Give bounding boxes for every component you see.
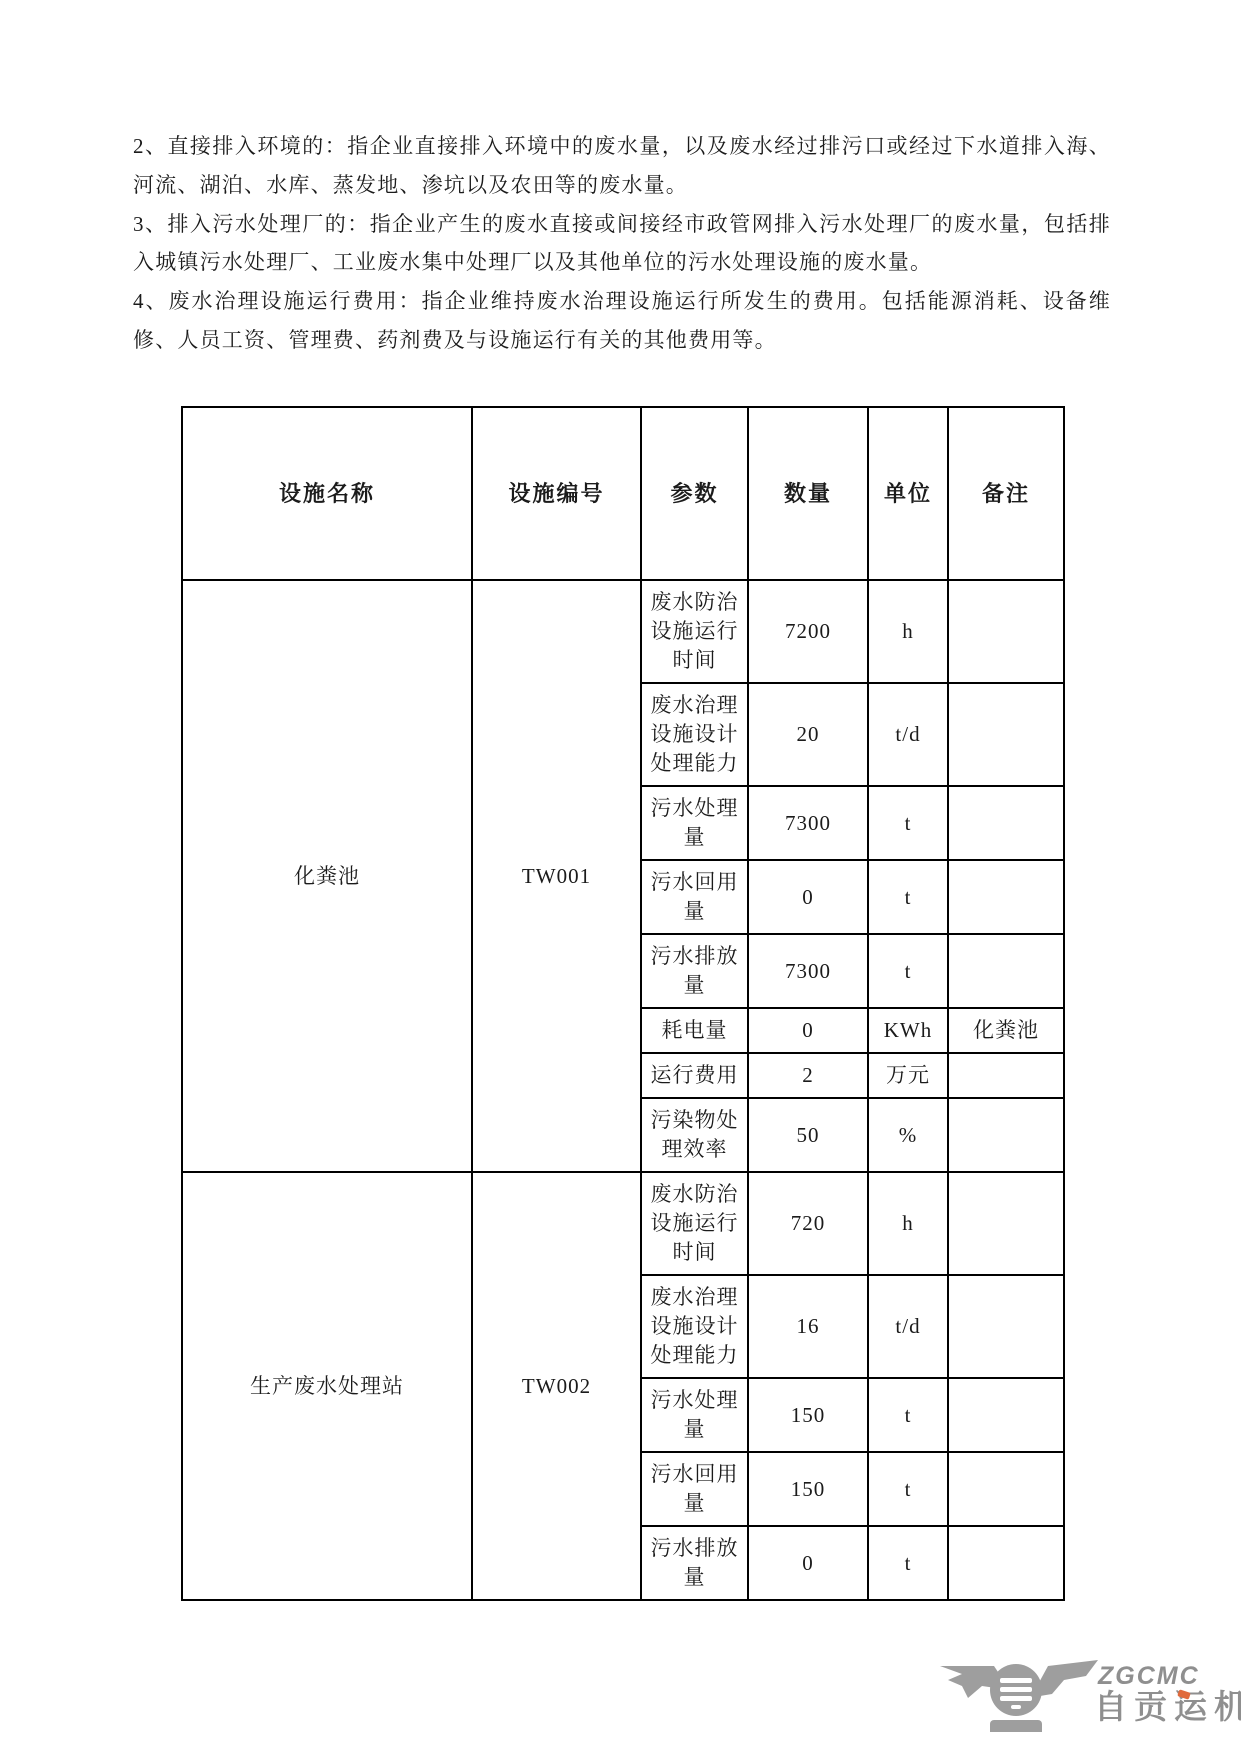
unit-cell: t/d [868,683,948,786]
remark-cell [948,580,1064,683]
table-row: 化粪池TW001废水防治设施运行时间7200h [182,580,1064,683]
param-cell: 污水排放量 [641,1526,748,1600]
column-header-5: 备注 [948,407,1064,580]
company-logo: ZGCMC 自贡运机 [928,1628,1240,1750]
unit-cell: t [868,1378,948,1452]
header-row: 设施名称设施编号参数数量单位备注 [182,407,1064,580]
qty-cell: 20 [748,683,868,786]
qty-cell: 150 [748,1452,868,1526]
qty-cell: 16 [748,1275,868,1378]
remark-cell [948,683,1064,786]
column-header-2: 参数 [641,407,748,580]
remark-cell [948,1172,1064,1275]
param-cell: 污水回用量 [641,860,748,934]
remark-cell [948,934,1064,1008]
facility-table-container: 设施名称设施编号参数数量单位备注 化粪池TW001废水防治设施运行时间7200h… [181,406,1065,1601]
table-row: 生产废水处理站TW002废水防治设施运行时间720h [182,1172,1064,1275]
qty-cell: 7300 [748,934,868,1008]
column-header-4: 单位 [868,407,948,580]
facility-name-1: 生产废水处理站 [182,1172,472,1600]
unit-cell: t [868,1452,948,1526]
paragraph-2: 2、直接排入环境的：指企业直接排入环境中的废水量，以及废水经过排污口或经过下水道… [133,127,1111,205]
unit-cell: % [868,1098,948,1172]
param-cell: 污水回用量 [641,1452,748,1526]
column-header-3: 数量 [748,407,868,580]
param-cell: 污水处理量 [641,786,748,860]
param-cell: 耗电量 [641,1008,748,1053]
remark-cell [948,1275,1064,1378]
unit-cell: t [868,786,948,860]
unit-cell: t/d [868,1275,948,1378]
param-cell: 废水防治设施运行时间 [641,580,748,683]
remark-cell [948,1452,1064,1526]
logo-name-text: 自贡运机 [1094,1688,1241,1725]
unit-cell: 万元 [868,1053,948,1098]
qty-cell: 150 [748,1378,868,1452]
qty-cell: 2 [748,1053,868,1098]
qty-cell: 720 [748,1172,868,1275]
qty-cell: 50 [748,1098,868,1172]
facility-table: 设施名称设施编号参数数量单位备注 化粪池TW001废水防治设施运行时间7200h… [181,406,1065,1601]
logo-abbreviation: ZGCMC [1094,1664,1240,1689]
unit-cell: h [868,1172,948,1275]
logo-text-block: ZGCMC 自贡运机 [1094,1664,1240,1725]
remark-cell [948,1053,1064,1098]
table-head: 设施名称设施编号参数数量单位备注 [182,407,1064,580]
winch-emblem-icon [928,1628,1098,1750]
remark-cell [948,1098,1064,1172]
facility-code-0: TW001 [472,580,641,1172]
emblem-shapes [940,1660,1098,1732]
body-paragraphs: 2、直接排入环境的：指企业直接排入环境中的废水量，以及废水经过排污口或经过下水道… [133,127,1111,360]
unit-cell: h [868,580,948,683]
facility-name-0: 化粪池 [182,580,472,1172]
unit-cell: t [868,1526,948,1600]
unit-cell: t [868,934,948,1008]
remark-cell [948,1378,1064,1452]
table-body: 化粪池TW001废水防治设施运行时间7200h废水治理设施设计处理能力20t/d… [182,580,1064,1600]
document-page: 2、直接排入环境的：指企业直接排入环境中的废水量，以及废水经过排污口或经过下水道… [0,0,1241,1754]
param-cell: 污水处理量 [641,1378,748,1452]
qty-cell: 0 [748,1526,868,1600]
logo-chinese-name: 自贡运机 [1094,1689,1240,1725]
remark-cell: 化粪池 [948,1008,1064,1053]
column-header-1: 设施编号 [472,407,641,580]
column-header-0: 设施名称 [182,407,472,580]
param-cell: 污水排放量 [641,934,748,1008]
param-cell: 废水治理设施设计处理能力 [641,683,748,786]
param-cell: 运行费用 [641,1053,748,1098]
param-cell: 污染物处理效率 [641,1098,748,1172]
remark-cell [948,860,1064,934]
qty-cell: 0 [748,860,868,934]
paragraph-4: 4、废水治理设施运行费用：指企业维持废水治理设施运行所发生的费用。包括能源消耗、… [133,282,1111,360]
facility-code-1: TW002 [472,1172,641,1600]
qty-cell: 0 [748,1008,868,1053]
unit-cell: KWh [868,1008,948,1053]
remark-cell [948,786,1064,860]
qty-cell: 7200 [748,580,868,683]
paragraph-3: 3、排入污水处理厂的：指企业产生的废水直接或间接经市政管网排入污水处理厂的废水量… [133,205,1111,283]
qty-cell: 7300 [748,786,868,860]
param-cell: 废水防治设施运行时间 [641,1172,748,1275]
remark-cell [948,1526,1064,1600]
unit-cell: t [868,860,948,934]
param-cell: 废水治理设施设计处理能力 [641,1275,748,1378]
